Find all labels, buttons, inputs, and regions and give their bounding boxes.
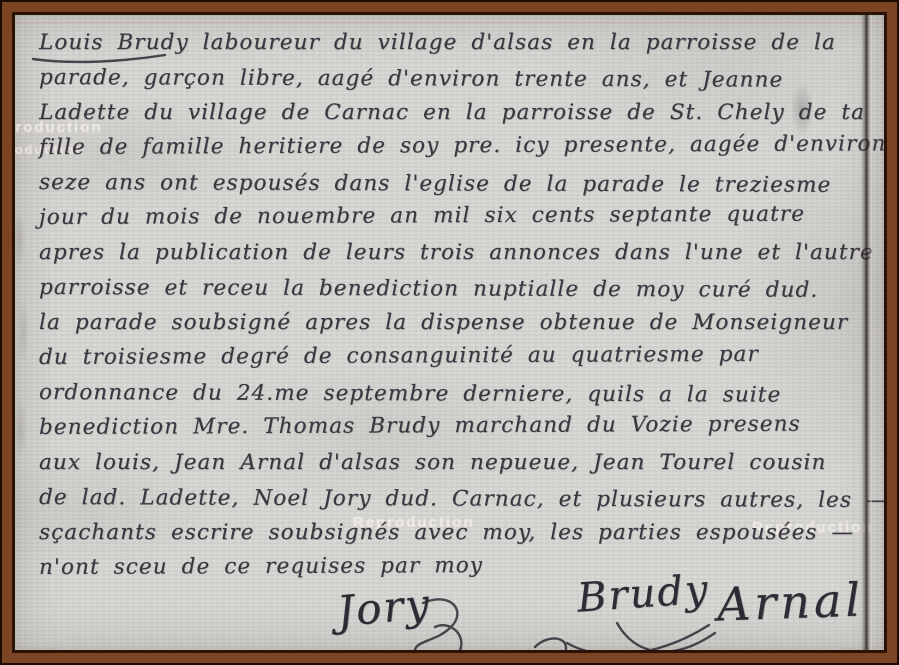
bleed-through-marks bbox=[12, 195, 35, 495]
manuscript-line: parroisse et receu la benediction nuptia… bbox=[39, 270, 862, 308]
manuscript-page: Reproduction Reproduction Reproduction R… bbox=[12, 12, 887, 653]
manuscript-line: la parade soubsigné apres la dispense ob… bbox=[39, 305, 862, 340]
photo-frame-border: Reproduction Reproduction Reproduction R… bbox=[2, 2, 897, 663]
manuscript-line: apres la publication de leurs trois anno… bbox=[39, 235, 862, 270]
scanned-parish-register: { "frame": { "outer_color": "#1a0b03", "… bbox=[0, 0, 899, 665]
manuscript-line: sçachants escrire soubsignés avec moy, l… bbox=[39, 515, 862, 550]
manuscript-line: du troisiesme degré de consanguinité au … bbox=[39, 336, 862, 375]
manuscript-line: Louis Brudy laboureur du village d'alsas… bbox=[39, 25, 862, 60]
manuscript-line: Ladette du village de Carnac en la parro… bbox=[39, 95, 862, 130]
signature-arnal: Arnal bbox=[716, 572, 865, 631]
manuscript-line: aux louis, Jean Arnal d'alsas son nepueu… bbox=[39, 445, 862, 480]
scan-artifact-line bbox=[15, 22, 884, 23]
manuscript-text-block: Louis Brudy laboureur du village d'alsas… bbox=[39, 25, 862, 585]
signature-brudy: Brudy bbox=[576, 566, 711, 621]
manuscript-line: benediction Mre. Thomas Brudy marchand d… bbox=[39, 406, 862, 445]
manuscript-line: fille de famille heritiere de soy pre. i… bbox=[39, 126, 862, 165]
manuscript-line: de lad. Ladette, Noel Jory dud. Carnac, … bbox=[39, 480, 862, 518]
signature-jory: Jory bbox=[335, 579, 433, 636]
manuscript-line: jour du mois de nouembre an mil six cent… bbox=[39, 196, 862, 235]
manuscript-line: parade, garçon libre, aagé d'environ tre… bbox=[39, 60, 862, 98]
